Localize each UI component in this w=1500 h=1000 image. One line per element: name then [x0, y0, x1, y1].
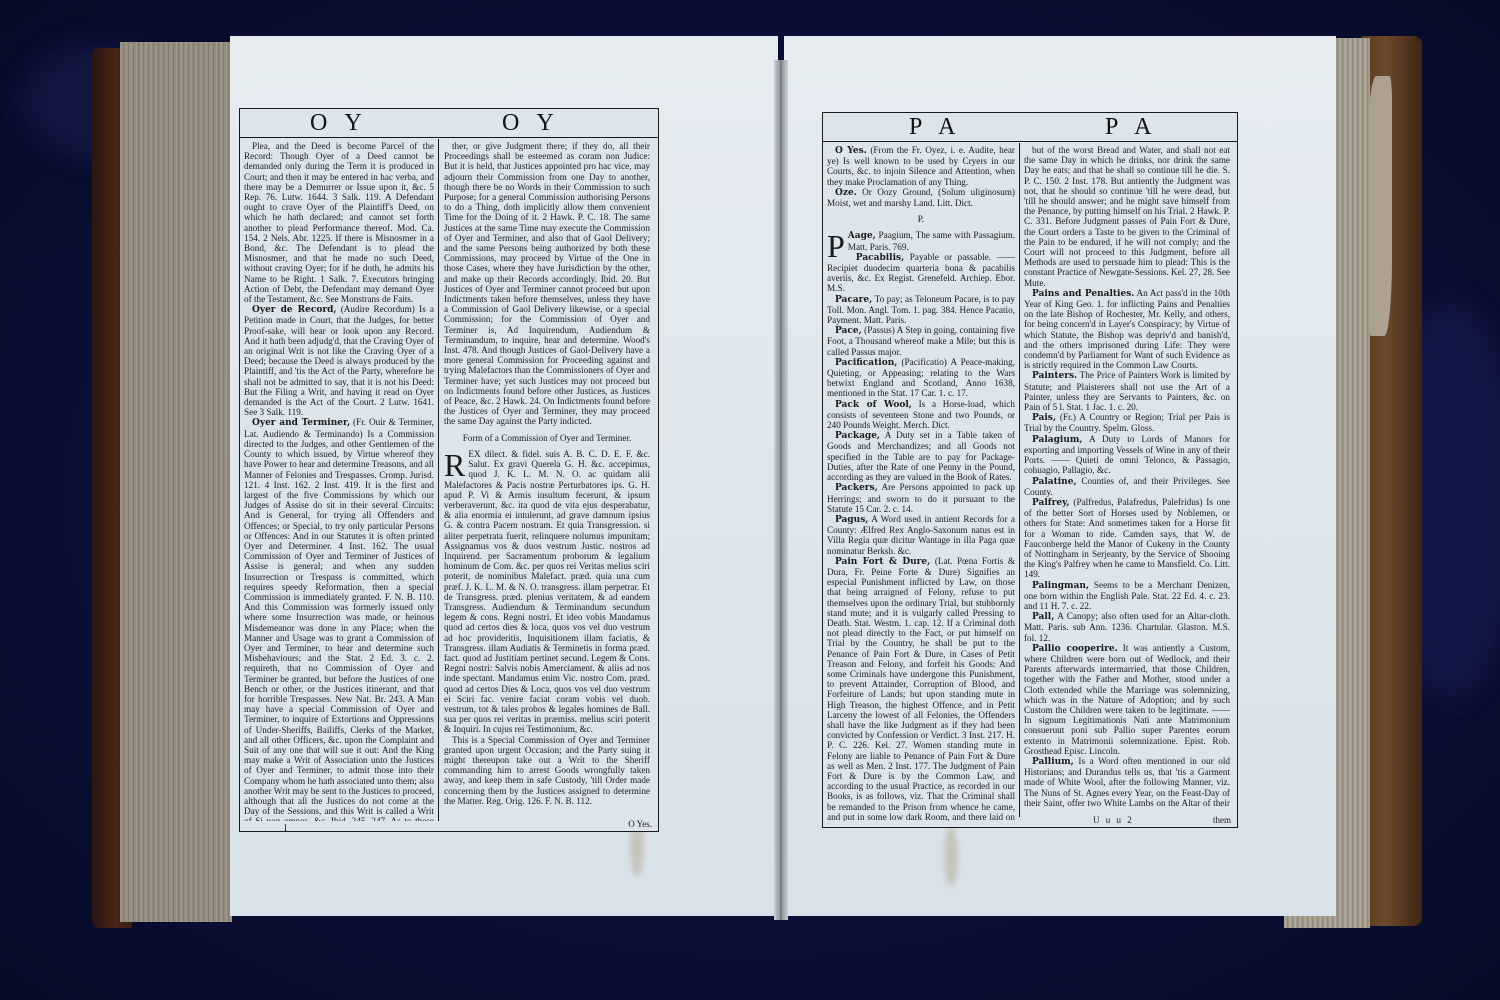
dictionary-entry: Pacare, To pay; as Teloneum Pacare, is t… [827, 294, 1015, 326]
running-head-left: P A [909, 113, 961, 141]
entry-headword: Pallium, [1032, 757, 1074, 767]
entry-text: (Fr. Ouir & Terminer, Lat. Audiendo & Te… [244, 417, 434, 821]
left-page-column-2: ther, or give Judgment there; if they do… [444, 141, 650, 821]
entry-text: It was antiently a Custom, where Childre… [1024, 643, 1230, 756]
entry-headword: Pallio cooperire. [1032, 644, 1118, 654]
entry-text: ther, or give Judgment there; if they do… [444, 141, 650, 426]
entry-headword: Pain Fort & Dure, [835, 557, 930, 567]
dictionary-entry: Pais, (Fr.) A Country or Region; Trial p… [1024, 412, 1230, 433]
entry-headword: Oze. [835, 188, 857, 198]
entry-headword: Palagium, [1032, 435, 1083, 445]
dictionary-entry: Plea, and the Deed is become Parcel of t… [244, 141, 434, 304]
dictionary-entry: REX dilect. & fidel. suis A. B. C. D. E.… [444, 449, 650, 735]
entry-text: EX dilect. & fidel. suis A. B. C. D. E. … [444, 449, 650, 734]
entry-headword: Oyer de Record, [252, 305, 337, 315]
entry-text: This is a Special Commission of Oyer and… [444, 735, 650, 806]
page-edges-left [120, 42, 232, 922]
section-heading: P. [827, 214, 1015, 224]
dictionary-entry: Oze. Or Oozy Ground, (Solum uliginosum) … [827, 187, 1015, 208]
entry-text: (Audire Recordum) Is a Petition made in … [244, 304, 434, 417]
entry-headword: Pacabilis, [856, 253, 904, 263]
dictionary-entry: ther, or give Judgment there; if they do… [444, 141, 650, 427]
dictionary-entry: Pack of Wool, Is a Horse-load, which con… [827, 399, 1015, 431]
running-head-right: O Y [502, 109, 560, 137]
entry-headword: Aage, [848, 231, 876, 241]
entry-headword: Painters. [1032, 371, 1077, 381]
dictionary-entry: Pall, A Canopy; also often used for an A… [1024, 611, 1230, 643]
left-page-column-1: Plea, and the Deed is become Parcel of t… [244, 141, 434, 821]
dictionary-entry: but of the worst Bread and Water, and sh… [1024, 145, 1230, 288]
dictionary-entry: Palagium, A Duty to Lords of Manors for … [1024, 434, 1230, 476]
dictionary-entry: Pace, (Passus) A Step in going, containi… [827, 325, 1015, 357]
right-page-column-1: O Yes. (From the Fr. Oyez, i. e. Audite,… [827, 145, 1015, 821]
column-rule [438, 139, 439, 821]
entry-headword: Palfrey, [1032, 498, 1070, 508]
page-signature: U u u 2 [1093, 815, 1134, 825]
running-head-right: P A [1105, 113, 1157, 141]
dictionary-entry: Oyer and Terminer, (Fr. Ouir & Terminer,… [244, 417, 434, 821]
entry-headword: Pace, [835, 326, 862, 336]
leather-cover-right [1362, 36, 1422, 926]
book-gutter [774, 60, 788, 920]
entry-headword: Packers, [835, 483, 878, 493]
entry-headword: Pais, [1032, 413, 1056, 423]
entry-text: A Canopy; also often used for an Altar-c… [1024, 611, 1230, 642]
dictionary-entry: Package, A Duty set in a Table taken of … [827, 430, 1015, 482]
entry-headword: Pains and Penalties. [1032, 289, 1134, 299]
dictionary-entry: O Yes. (From the Fr. Oyez, i. e. Audite,… [827, 145, 1015, 187]
dictionary-entry: Palfrey, (Palfredus, Palafredus, Palefri… [1024, 497, 1230, 580]
dictionary-entry: Pallio cooperire. It was antiently a Cus… [1024, 643, 1230, 756]
entry-headword: Pack of Wool, [835, 400, 912, 410]
entry-headword: Pagus, [835, 515, 868, 525]
column-rule [1019, 143, 1020, 817]
dictionary-entry: Pains and Penalties. An Act pass'd in th… [1024, 288, 1230, 371]
dictionary-entry: Pagus, A Word used in antient Records fo… [827, 514, 1015, 556]
dictionary-entry: Palingman, Seems to be a Merchant Denize… [1024, 580, 1230, 612]
running-head: P A P A [823, 113, 1237, 142]
catchword: them [1213, 815, 1231, 825]
right-page-text-frame: P A P A O Yes. (From the Fr. Oyez, i. e.… [822, 112, 1238, 828]
dictionary-entry: Oyer de Record, (Audire Recordum) Is a P… [244, 304, 434, 417]
entry-headword: Pacification, [835, 358, 897, 368]
entry-headword: Pall, [1032, 612, 1054, 622]
dictionary-entry: Pain Fort & Dure, (Lat. Pœna Fortis & Du… [827, 556, 1015, 821]
drop-cap: P [827, 232, 845, 260]
catchword: O Yes. [628, 819, 652, 829]
section-heading: Form of a Commission of Oyer and Termine… [444, 433, 650, 443]
dictionary-entry: This is a Special Commission of Oyer and… [444, 735, 650, 806]
entry-text: (Lat. Pœna Fortis & Dura, Fr. Peine Fort… [827, 556, 1015, 821]
entry-text: Plea, and the Deed is become Parcel of t… [244, 141, 434, 304]
dictionary-entry: Painters. The Price of Painters Work is … [1024, 370, 1230, 412]
entry-headword: Palingman, [1032, 581, 1089, 591]
entry-text: but of the worst Bread and Water, and sh… [1024, 145, 1230, 288]
entry-text: An Act pass'd in the 10th Year of King G… [1024, 288, 1230, 370]
dictionary-entry: Palatine, Counties of, and their Privile… [1024, 476, 1230, 497]
page-signature: I [284, 823, 287, 833]
dictionary-entry: Pacification, (Pacificatio) A Peace-maki… [827, 357, 1015, 399]
entry-headword: Package, [835, 431, 880, 441]
dictionary-entry: PAage, Paagium, The same with Passagium.… [827, 230, 1015, 251]
entry-headword: O Yes. [835, 146, 867, 156]
left-page-text-frame: O Y O Y Plea, and the Deed is become Par… [239, 108, 659, 832]
running-head-left: O Y [310, 109, 368, 137]
running-head: O Y O Y [240, 109, 658, 138]
entry-text: (Palfredus, Palafredus, Palefridus) Is o… [1024, 497, 1230, 579]
drop-cap: R [444, 451, 465, 479]
entry-headword: Palatine, [1032, 477, 1077, 487]
dictionary-entry: Packers, Are Persons appointed to pack u… [827, 482, 1015, 514]
dictionary-entry: Pallium, Is a Word often mentioned in ou… [1024, 756, 1230, 809]
dictionary-entry: Pacabilis, Payable or passable. —— Recip… [827, 252, 1015, 294]
entry-headword: Pacare, [835, 295, 872, 305]
right-page-column-2: but of the worst Bread and Water, and sh… [1024, 145, 1230, 809]
entry-headword: Oyer and Terminer, [252, 418, 350, 428]
